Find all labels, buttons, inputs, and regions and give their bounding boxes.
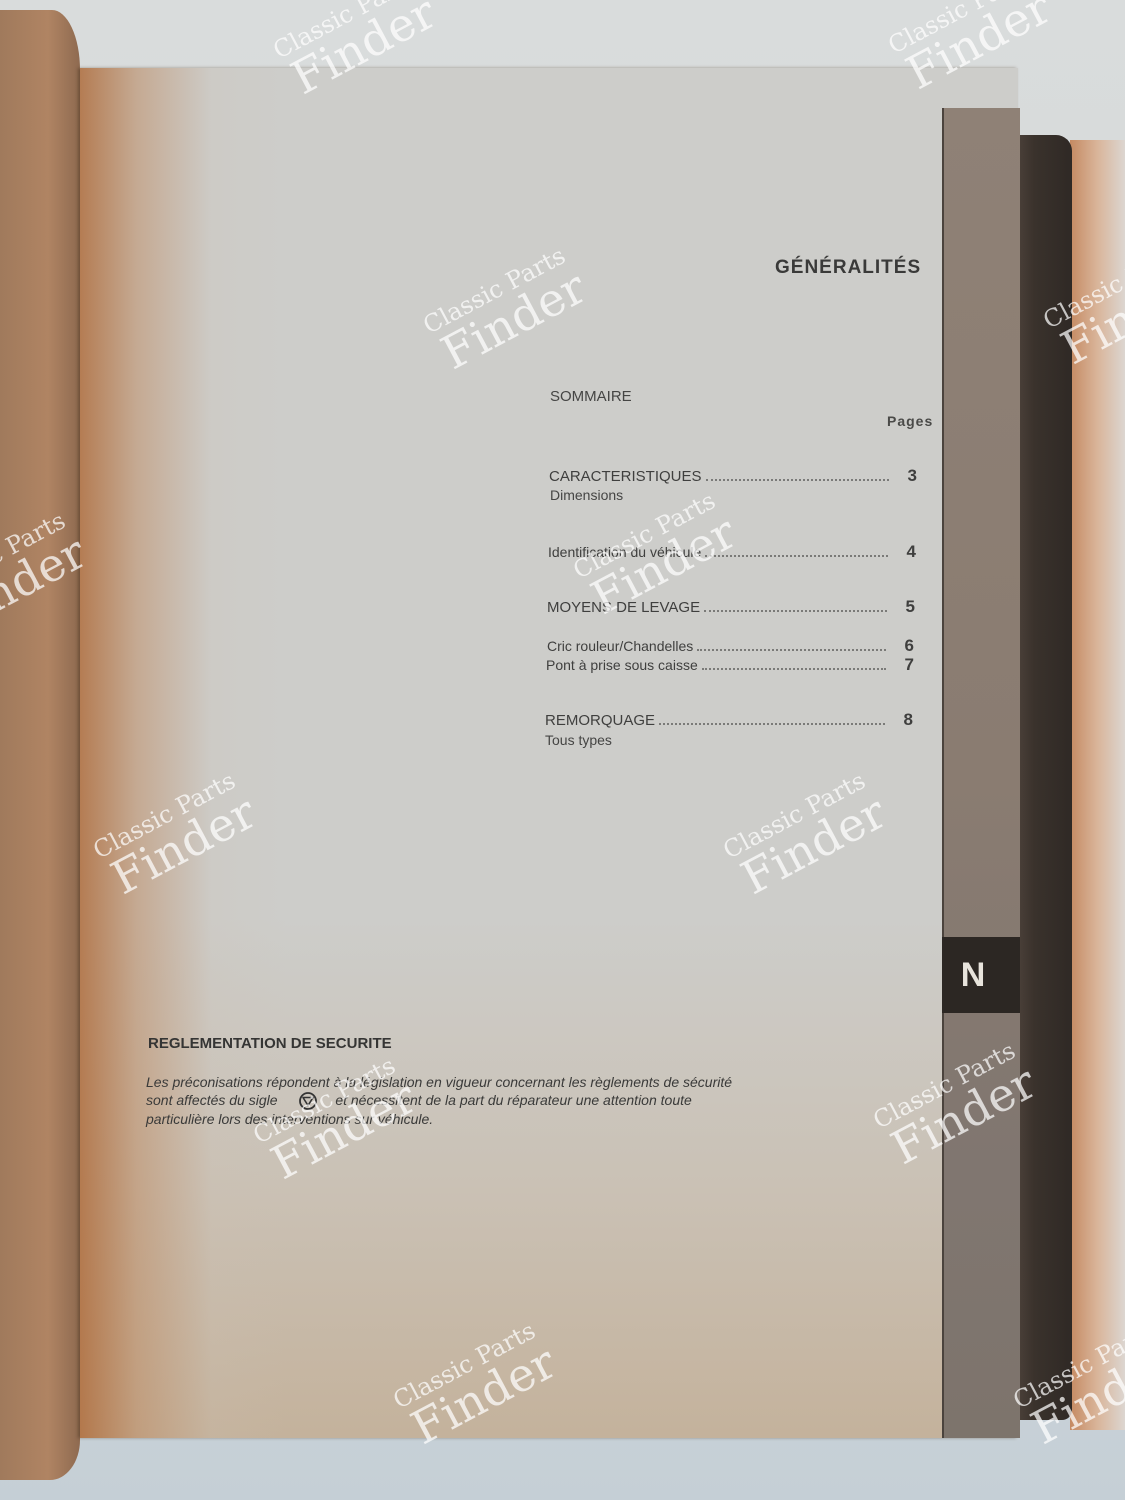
- toc-entry-identification[interactable]: Identification du véhicule 4: [548, 542, 916, 562]
- summary-heading: SOMMAIRE: [550, 388, 632, 405]
- background-edge: [1070, 140, 1125, 1430]
- toc-entry-remorquage[interactable]: REMORQUAGE 8: [545, 710, 913, 730]
- toc-label: MOYENS DE LEVAGE: [547, 599, 700, 616]
- safety-heading: REGLEMENTATION DE SECURITE: [148, 1035, 392, 1052]
- binder-spine: [1018, 135, 1072, 1420]
- safety-line-2-end: et nécessitent de la part du réparateur …: [335, 1092, 691, 1108]
- toc-page-number: 8: [893, 710, 913, 730]
- toc-page-number: 4: [896, 542, 916, 562]
- safety-line-2-start: sont affectés du sigle: [146, 1092, 278, 1108]
- toc-label: CARACTERISTIQUES: [549, 468, 702, 485]
- toc-label: Identification du véhicule: [548, 544, 701, 560]
- section-title: GÉNÉRALITÉS: [775, 257, 921, 279]
- leader-dots: [702, 668, 886, 670]
- leader-dots: [659, 723, 885, 725]
- toc-subentry-dimensions: Dimensions: [550, 487, 623, 503]
- toc-page-number: 3: [897, 466, 917, 486]
- toc-label: Cric rouleur/Chandelles: [547, 638, 693, 654]
- toc-page-number: 7: [894, 655, 914, 675]
- toc-entry-caracteristiques[interactable]: CARACTERISTIQUES 3: [549, 466, 917, 486]
- safety-paragraph: Les préconisations répondent à la législ…: [146, 1073, 866, 1128]
- toc-label: Pont à prise sous caisse: [546, 657, 698, 673]
- left-page-cover: [0, 10, 80, 1480]
- safety-triangle-circle-icon: [295, 1092, 321, 1110]
- section-tab-n[interactable]: N: [942, 937, 1020, 1013]
- toc-label: REMORQUAGE: [545, 712, 655, 729]
- pages-heading: Pages: [887, 413, 933, 429]
- toc-page-number: 6: [894, 636, 914, 656]
- safety-line-3: particulière lors des interventions sur …: [146, 1110, 866, 1128]
- safety-line-2: sont affectés du sigle et nécessitent de…: [146, 1091, 866, 1110]
- leader-dots: [697, 649, 886, 651]
- toc-entry-moyens-de-levage[interactable]: MOYENS DE LEVAGE 5: [547, 597, 915, 617]
- toc-entry-cric-rouleur[interactable]: Cric rouleur/Chandelles 6: [547, 636, 914, 656]
- safety-line-1: Les préconisations répondent à la législ…: [146, 1073, 866, 1091]
- leader-dots: [706, 479, 889, 481]
- toc-subentry-tous-types: Tous types: [545, 732, 612, 748]
- section-tab-strip: [942, 108, 1020, 1438]
- toc-page-number: 5: [895, 597, 915, 617]
- leader-dots: [705, 555, 888, 557]
- toc-entry-pont[interactable]: Pont à prise sous caisse 7: [546, 655, 914, 675]
- leader-dots: [704, 610, 887, 612]
- tab-letter: N: [961, 956, 986, 995]
